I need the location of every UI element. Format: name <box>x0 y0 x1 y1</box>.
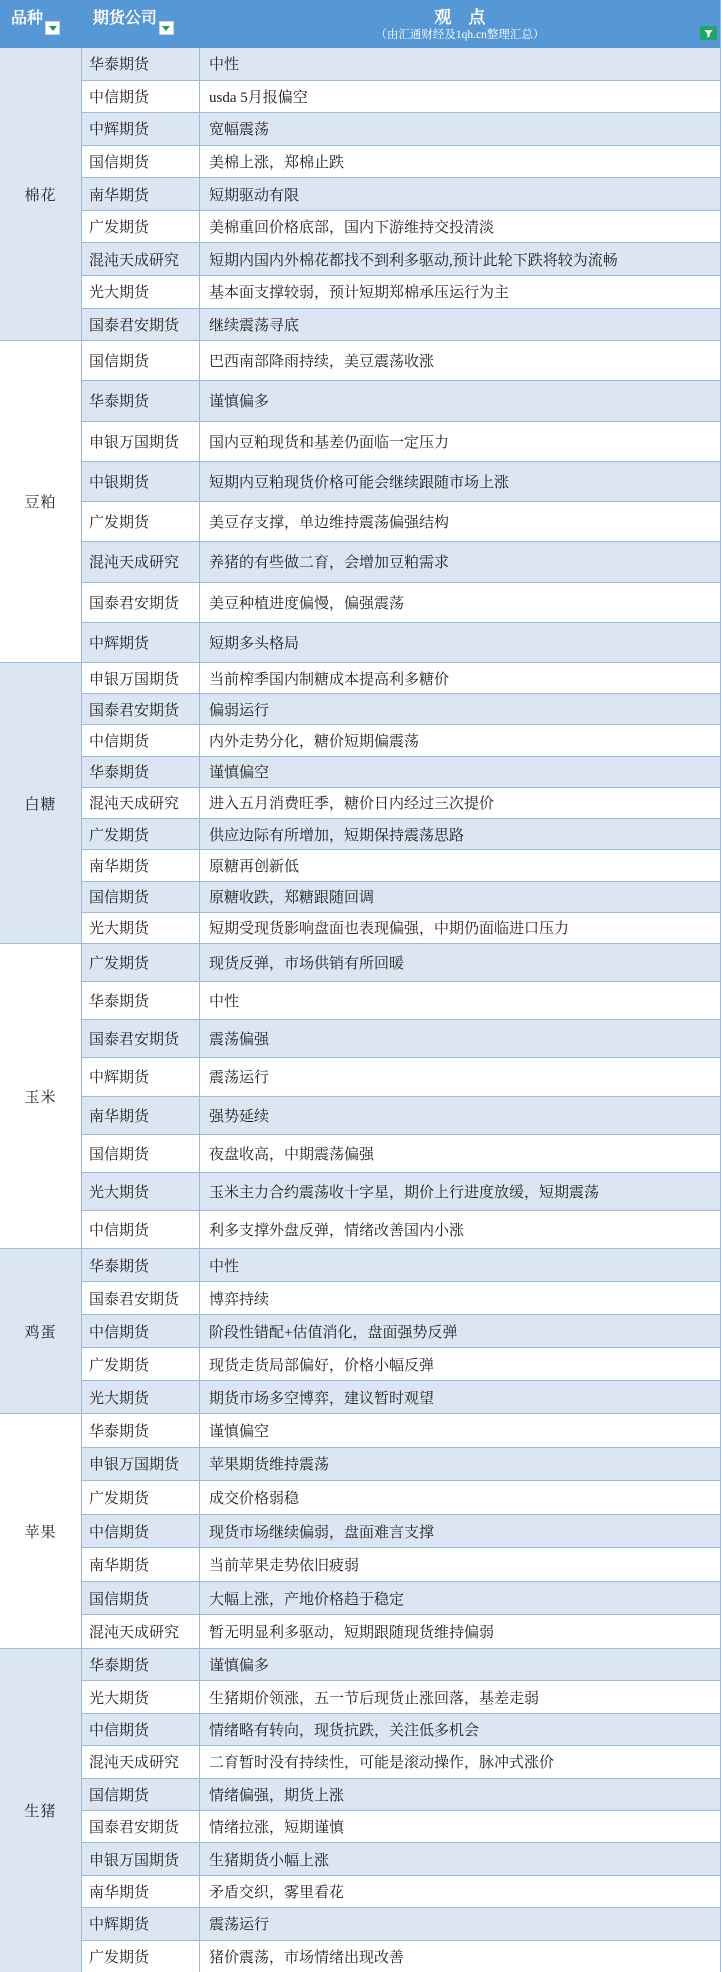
company-cell[interactable]: 混沌天成研究 <box>82 542 200 581</box>
commodity-label-cell[interactable]: 生猪 <box>0 1649 82 1972</box>
opinion-cell[interactable]: 短期多头格局 <box>200 623 720 662</box>
commodity-section: 生猪 华泰期货 谨慎偏多 光大期货 生猪期价领涨，五一节后现货止涨回落，基差走弱… <box>0 1648 720 1972</box>
table-row: 混沌天成研究 暂无明显利多驱动，短期跟随现货维持偏弱 <box>82 1614 720 1648</box>
opinion-cell[interactable]: 继续震荡寻底 <box>200 309 720 341</box>
opinion-cell[interactable]: 谨慎偏空 <box>200 757 720 787</box>
table-row: 中辉期货 震荡运行 <box>82 1907 720 1939</box>
company-filter-dropdown[interactable] <box>159 21 174 35</box>
opinion-cell[interactable]: 生猪期价领涨，五一节后现货止涨回落，基差走弱 <box>200 1681 720 1712</box>
commodity-section: 棉花 华泰期货 中性 中信期货 usda 5月报偏空 中辉期货 宽幅震荡 国信期… <box>0 48 720 340</box>
table-row: 广发期货 供应边际有所增加，短期保持震荡思路 <box>82 818 720 849</box>
company-cell[interactable]: 广发期货 <box>82 502 200 541</box>
opinion-header-subtitle: （由汇通财经及1qh.cn整理汇总） <box>375 28 544 42</box>
company-cell[interactable]: 中辉期货 <box>82 1058 200 1095</box>
table-row: 国信期货 情绪偏强，期货上涨 <box>82 1778 720 1810</box>
company-cell[interactable]: 申银万国期货 <box>82 663 200 693</box>
table-row: 申银万国期货 生猪期货小幅上涨 <box>82 1842 720 1874</box>
company-cell[interactable]: 中银期货 <box>82 462 200 501</box>
table-row: 国泰君安期货 博弈持续 <box>82 1281 720 1314</box>
opinion-cell[interactable]: 美棉上涨，郑棉止跌 <box>200 146 720 178</box>
table-row: 国信期货 美棉上涨，郑棉止跌 <box>82 145 720 178</box>
table-row: 中信期货 usda 5月报偏空 <box>82 80 720 113</box>
table-row: 国泰君安期货 情绪拉涨，短期谨慎 <box>82 1810 720 1842</box>
header-cell-opinion: 观 点 （由汇通财经及1qh.cn整理汇总） <box>200 0 720 48</box>
table-row: 南华期货 矛盾交织，雾里看花 <box>82 1875 720 1907</box>
opinion-cell[interactable]: 中性 <box>200 48 720 80</box>
company-cell[interactable]: 国泰君安期货 <box>82 694 200 724</box>
opinion-cell[interactable]: 震荡偏强 <box>200 1020 720 1057</box>
table-row: 混沌天成研究 进入五月消费旺季，糖价日内经过三次提价 <box>82 787 720 818</box>
table-row: 广发期货 美棉重回价格底部，国内下游维持交投清淡 <box>82 210 720 243</box>
company-cell[interactable]: 国信期货 <box>82 1779 200 1810</box>
table-row: 中银期货 短期内豆粕现货价格可能会继续跟随市场上涨 <box>82 461 720 501</box>
table-row: 国信期货 巴西南部降雨持续，美豆震荡收涨 <box>82 341 720 380</box>
table-row: 申银万国期货 当前榨季国内制糖成本提高利多糖价 <box>82 663 720 693</box>
company-cell[interactable]: 混沌天成研究 <box>82 1746 200 1777</box>
company-cell[interactable]: 中信期货 <box>82 725 200 755</box>
company-cell[interactable]: 广发期货 <box>82 819 200 849</box>
company-cell[interactable]: 华泰期货 <box>82 1414 200 1447</box>
opinion-cell[interactable]: 谨慎偏多 <box>200 1649 720 1680</box>
company-cell[interactable]: 中信期货 <box>82 1714 200 1745</box>
section-rows: 申银万国期货 当前榨季国内制糖成本提高利多糖价 国泰君安期货 偏弱运行 中信期货… <box>82 663 720 943</box>
table-row: 华泰期货 中性 <box>82 981 720 1019</box>
opinion-cell[interactable]: 短期内豆粕现货价格可能会继续跟随市场上涨 <box>200 462 720 501</box>
company-cell[interactable]: 国信期货 <box>82 1582 200 1615</box>
company-cell[interactable]: 广发期货 <box>82 1941 200 1972</box>
opinion-header-label: 观 点 <box>434 8 485 28</box>
table-row: 国信期货 大幅上涨，产地价格趋于稳定 <box>82 1581 720 1615</box>
company-cell[interactable]: 光大期货 <box>82 1381 200 1413</box>
table-row: 华泰期货 谨慎偏多 <box>82 1649 720 1680</box>
section-rows: 华泰期货 谨慎偏空 申银万国期货 苹果期货维持震荡 广发期货 成交价格弱稳 中信… <box>82 1414 720 1648</box>
opinion-cell[interactable]: 巴西南部降雨持续，美豆震荡收涨 <box>200 341 720 380</box>
table-row: 华泰期货 谨慎偏空 <box>82 756 720 787</box>
table-row: 国泰君安期货 偏弱运行 <box>82 693 720 724</box>
commodity-label-cell[interactable]: 棉花 <box>0 48 82 340</box>
table-row: 南华期货 原糖再创新低 <box>82 849 720 880</box>
company-cell[interactable]: 广发期货 <box>82 1348 200 1380</box>
company-cell[interactable]: 混沌天成研究 <box>82 788 200 818</box>
opinion-cell[interactable]: 偏弱运行 <box>200 694 720 724</box>
table-row: 华泰期货 谨慎偏多 <box>82 380 720 420</box>
commodity-label-cell[interactable]: 苹果 <box>0 1414 82 1648</box>
company-cell[interactable]: 中信期货 <box>82 81 200 113</box>
company-cell[interactable]: 混沌天成研究 <box>82 1615 200 1648</box>
company-cell[interactable]: 中辉期货 <box>82 1908 200 1939</box>
opinion-cell[interactable]: 暂无明显利多驱动，短期跟随现货维持偏弱 <box>200 1615 720 1648</box>
opinion-cell[interactable]: 美豆种植进度偏慢，偏强震荡 <box>200 583 720 622</box>
opinion-cell[interactable]: 中性 <box>200 982 720 1019</box>
table-row: 光大期货 生猪期价领涨，五一节后现货止涨回落，基差走弱 <box>82 1680 720 1712</box>
opinion-cell[interactable]: 内外走势分化，糖价短期偏震荡 <box>200 725 720 755</box>
opinion-cell[interactable]: 震荡运行 <box>200 1908 720 1939</box>
section-rows: 广发期货 现货反弹，市场供销有所回暖 华泰期货 中性 国泰君安期货 震荡偏强 中… <box>82 944 720 1248</box>
opinion-cell[interactable]: 美棉重回价格底部，国内下游维持交投清淡 <box>200 211 720 243</box>
opinion-cell[interactable]: 震荡运行 <box>200 1058 720 1095</box>
opinion-cell[interactable]: 谨慎偏空 <box>200 1414 720 1447</box>
company-cell[interactable]: 国信期货 <box>82 882 200 912</box>
commodity-section: 鸡蛋 华泰期货 中性 国泰君安期货 博弈持续 中信期货 阶段性错配+估值消化，盘… <box>0 1248 720 1413</box>
table-row: 中信期货 阶段性错配+估值消化，盘面强势反弹 <box>82 1314 720 1347</box>
opinion-cell[interactable]: 阶段性错配+估值消化，盘面强势反弹 <box>200 1315 720 1347</box>
table-row: 国信期货 夜盘收高，中期震荡偏强 <box>82 1134 720 1172</box>
company-cell[interactable]: 中信期货 <box>82 1315 200 1347</box>
opinion-cell[interactable]: 成交价格弱稳 <box>200 1481 720 1514</box>
header-cell-variety[interactable]: 品种 <box>0 0 82 48</box>
header-cell-company[interactable]: 期货公司 <box>82 0 200 48</box>
opinion-cell[interactable]: 中性 <box>200 1249 720 1281</box>
table-row: 国泰君安期货 美豆种植进度偏慢，偏强震荡 <box>82 582 720 622</box>
table-row: 南华期货 当前苹果走势依旧疲弱 <box>82 1547 720 1581</box>
section-rows: 华泰期货 中性 国泰君安期货 博弈持续 中信期货 阶段性错配+估值消化，盘面强势… <box>82 1249 720 1413</box>
futures-opinion-table: 品种 期货公司 观 点 （由汇通财经及1qh.cn整理汇总） 棉花 华泰期货 <box>0 0 721 1972</box>
table-row: 申银万国期货 国内豆粕现货和基差仍面临一定压力 <box>82 421 720 461</box>
opinion-cell[interactable]: 现货反弹，市场供销有所回暖 <box>200 944 720 981</box>
company-cell[interactable]: 光大期货 <box>82 1173 200 1210</box>
table-row: 广发期货 成交价格弱稳 <box>82 1480 720 1514</box>
chevron-down-icon <box>49 26 57 31</box>
table-row: 华泰期货 中性 <box>82 48 720 80</box>
company-cell[interactable]: 中信期货 <box>82 1515 200 1548</box>
company-cell[interactable]: 光大期货 <box>82 913 200 943</box>
company-cell[interactable]: 南华期货 <box>82 178 200 210</box>
table-row: 光大期货 期货市场多空博弈，建议暂时观望 <box>82 1380 720 1413</box>
commodity-label-cell[interactable]: 豆粕 <box>0 341 82 662</box>
opinion-cell[interactable]: 利多支撑外盘反弹，情绪改善国内小涨 <box>200 1211 720 1248</box>
table-row: 混沌天成研究 养猪的有些做二育，会增加豆粕需求 <box>82 541 720 581</box>
table-row: 光大期货 短期受现货影响盘面也表现偏强，中期仍面临进口压力 <box>82 912 720 943</box>
company-cell[interactable]: 广发期货 <box>82 211 200 243</box>
commodity-section: 玉米 广发期货 现货反弹，市场供销有所回暖 华泰期货 中性 国泰君安期货 震荡偏… <box>0 943 720 1248</box>
company-cell[interactable]: 南华期货 <box>82 1876 200 1907</box>
variety-header-label: 品种 <box>11 11 43 48</box>
company-cell[interactable]: 南华期货 <box>82 850 200 880</box>
company-cell[interactable]: 国信期货 <box>82 146 200 178</box>
table-row: 华泰期货 中性 <box>82 1249 720 1281</box>
opinion-cell[interactable]: 美豆存支撑，单边维持震荡偏强结构 <box>200 502 720 541</box>
commodity-section: 豆粕 国信期货 巴西南部降雨持续，美豆震荡收涨 华泰期货 谨慎偏多 申银万国期货… <box>0 340 720 662</box>
company-cell[interactable]: 华泰期货 <box>82 1649 200 1680</box>
company-cell[interactable]: 广发期货 <box>82 944 200 981</box>
table-row: 广发期货 猪价震荡，市场情绪出现改善 <box>82 1940 720 1972</box>
table-row: 光大期货 基本面支撑较弱，预计短期郑棉承压运行为主 <box>82 275 720 308</box>
opinion-cell[interactable]: 短期内国内外棉花都找不到利多驱动,预计此轮下跌将较为流畅 <box>200 243 720 275</box>
table-row: 国泰君安期货 继续震荡寻底 <box>82 308 720 341</box>
opinion-cell[interactable]: 苹果期货维持震荡 <box>200 1448 720 1481</box>
table-row: 中信期货 情绪略有转向，现货抗跌，关注低多机会 <box>82 1713 720 1745</box>
opinion-cell[interactable]: 短期受现货影响盘面也表现偏强，中期仍面临进口压力 <box>200 913 720 943</box>
company-cell[interactable]: 国泰君安期货 <box>82 1811 200 1842</box>
table-row: 申银万国期货 苹果期货维持震荡 <box>82 1447 720 1481</box>
table-row: 南华期货 强势延续 <box>82 1096 720 1134</box>
table-row: 中辉期货 震荡运行 <box>82 1057 720 1095</box>
company-cell[interactable]: 申银万国期货 <box>82 1448 200 1481</box>
variety-filter-dropdown[interactable] <box>45 21 60 35</box>
company-cell[interactable]: 中辉期货 <box>82 113 200 145</box>
opinion-cell[interactable]: 大幅上涨，产地价格趋于稳定 <box>200 1582 720 1615</box>
opinion-cell[interactable]: 原糖收跌，郑糖跟随回调 <box>200 882 720 912</box>
company-cell[interactable]: 国泰君安期货 <box>82 583 200 622</box>
company-cell[interactable]: 华泰期货 <box>82 1249 200 1281</box>
section-rows: 华泰期货 中性 中信期货 usda 5月报偏空 中辉期货 宽幅震荡 国信期货 美… <box>82 48 720 340</box>
commodity-label-cell[interactable]: 鸡蛋 <box>0 1249 82 1413</box>
section-rows: 华泰期货 谨慎偏多 光大期货 生猪期价领涨，五一节后现货止涨回落，基差走弱 中信… <box>82 1649 720 1972</box>
company-cell[interactable]: 光大期货 <box>82 276 200 308</box>
company-cell[interactable]: 申银万国期货 <box>82 1843 200 1874</box>
opinion-cell[interactable]: 夜盘收高，中期震荡偏强 <box>200 1135 720 1172</box>
table-row: 华泰期货 谨慎偏空 <box>82 1414 720 1447</box>
table-row: 中信期货 内外走势分化，糖价短期偏震荡 <box>82 724 720 755</box>
company-header-label: 期货公司 <box>93 11 157 48</box>
company-cell[interactable]: 华泰期货 <box>82 982 200 1019</box>
opinion-cell[interactable]: 强势延续 <box>200 1097 720 1134</box>
company-cell[interactable]: 光大期货 <box>82 1681 200 1712</box>
table-row: 广发期货 现货走货局部偏好，价格小幅反弹 <box>82 1347 720 1380</box>
opinion-cell[interactable]: 当前榨季国内制糖成本提高利多糖价 <box>200 663 720 693</box>
table-row: 光大期货 玉米主力合约震荡收十字星，期价上行进度放缓，短期震荡 <box>82 1172 720 1210</box>
opinion-cell[interactable]: 情绪略有转向，现货抗跌，关注低多机会 <box>200 1714 720 1745</box>
company-cell[interactable]: 国泰君安期货 <box>82 1020 200 1057</box>
opinion-cell[interactable]: 短期驱动有限 <box>200 178 720 210</box>
opinion-cell[interactable]: 二育暂时没有持续性，可能是滚动操作，脉冲式涨价 <box>200 1746 720 1777</box>
company-cell[interactable]: 南华期货 <box>82 1097 200 1134</box>
table-row: 广发期货 现货反弹，市场供销有所回暖 <box>82 944 720 981</box>
filter-funnel-icon[interactable] <box>700 26 717 40</box>
company-cell[interactable]: 国泰君安期货 <box>82 309 200 341</box>
company-cell[interactable]: 国信期货 <box>82 1135 200 1172</box>
opinion-cell[interactable]: 宽幅震荡 <box>200 113 720 145</box>
company-cell[interactable]: 华泰期货 <box>82 381 200 420</box>
commodity-label-cell[interactable]: 玉米 <box>0 944 82 1248</box>
opinion-cell[interactable]: usda 5月报偏空 <box>200 81 720 113</box>
opinion-cell[interactable]: 现货走货局部偏好，价格小幅反弹 <box>200 1348 720 1380</box>
opinion-cell[interactable]: 国内豆粕现货和基差仍面临一定压力 <box>200 422 720 461</box>
opinion-cell[interactable]: 博弈持续 <box>200 1282 720 1314</box>
company-cell[interactable]: 混沌天成研究 <box>82 243 200 275</box>
company-cell[interactable]: 中辉期货 <box>82 623 200 662</box>
table-row: 中信期货 现货市场继续偏弱，盘面难言支撑 <box>82 1514 720 1548</box>
opinion-cell[interactable]: 期货市场多空博弈，建议暂时观望 <box>200 1381 720 1413</box>
chevron-down-icon <box>162 26 170 31</box>
opinion-cell[interactable]: 猪价震荡，市场情绪出现改善 <box>200 1941 720 1972</box>
table-row: 中辉期货 宽幅震荡 <box>82 112 720 145</box>
opinion-cell[interactable]: 基本面支撑较弱，预计短期郑棉承压运行为主 <box>200 276 720 308</box>
company-cell[interactable]: 华泰期货 <box>82 48 200 80</box>
company-cell[interactable]: 南华期货 <box>82 1548 200 1581</box>
table-row: 广发期货 美豆存支撑，单边维持震荡偏强结构 <box>82 501 720 541</box>
company-cell[interactable]: 华泰期货 <box>82 757 200 787</box>
opinion-cell[interactable]: 原糖再创新低 <box>200 850 720 880</box>
table-row: 国泰君安期货 震荡偏强 <box>82 1019 720 1057</box>
table-body: 棉花 华泰期货 中性 中信期货 usda 5月报偏空 中辉期货 宽幅震荡 国信期… <box>0 48 720 1972</box>
opinion-cell[interactable]: 谨慎偏多 <box>200 381 720 420</box>
table-row: 中辉期货 短期多头格局 <box>82 622 720 662</box>
table-row: 混沌天成研究 短期内国内外棉花都找不到利多驱动,预计此轮下跌将较为流畅 <box>82 242 720 275</box>
opinion-cell[interactable]: 玉米主力合约震荡收十字星，期价上行进度放缓，短期震荡 <box>200 1173 720 1210</box>
table-row: 混沌天成研究 二育暂时没有持续性，可能是滚动操作，脉冲式涨价 <box>82 1745 720 1777</box>
company-cell[interactable]: 国泰君安期货 <box>82 1282 200 1314</box>
opinion-cell[interactable]: 当前苹果走势依旧疲弱 <box>200 1548 720 1581</box>
opinion-cell[interactable]: 生猪期货小幅上涨 <box>200 1843 720 1874</box>
opinion-cell[interactable]: 养猪的有些做二育，会增加豆粕需求 <box>200 542 720 581</box>
opinion-cell[interactable]: 情绪拉涨，短期谨慎 <box>200 1811 720 1842</box>
opinion-cell[interactable]: 情绪偏强，期货上涨 <box>200 1779 720 1810</box>
company-cell[interactable]: 中信期货 <box>82 1211 200 1248</box>
opinion-cell[interactable]: 进入五月消费旺季，糖价日内经过三次提价 <box>200 788 720 818</box>
table-header: 品种 期货公司 观 点 （由汇通财经及1qh.cn整理汇总） <box>0 0 720 48</box>
commodity-label-cell[interactable]: 白糖 <box>0 663 82 943</box>
opinion-cell[interactable]: 现货市场继续偏弱，盘面难言支撑 <box>200 1515 720 1548</box>
table-row: 中信期货 利多支撑外盘反弹，情绪改善国内小涨 <box>82 1210 720 1248</box>
commodity-section: 白糖 申银万国期货 当前榨季国内制糖成本提高利多糖价 国泰君安期货 偏弱运行 中… <box>0 662 720 943</box>
section-rows: 国信期货 巴西南部降雨持续，美豆震荡收涨 华泰期货 谨慎偏多 申银万国期货 国内… <box>82 341 720 662</box>
company-cell[interactable]: 国信期货 <box>82 341 200 380</box>
opinion-cell[interactable]: 矛盾交织，雾里看花 <box>200 1876 720 1907</box>
commodity-section: 苹果 华泰期货 谨慎偏空 申银万国期货 苹果期货维持震荡 广发期货 成交价格弱稳… <box>0 1413 720 1648</box>
table-row: 国信期货 原糖收跌，郑糖跟随回调 <box>82 881 720 912</box>
company-cell[interactable]: 申银万国期货 <box>82 422 200 461</box>
opinion-cell[interactable]: 供应边际有所增加，短期保持震荡思路 <box>200 819 720 849</box>
table-row: 南华期货 短期驱动有限 <box>82 177 720 210</box>
company-cell[interactable]: 广发期货 <box>82 1481 200 1514</box>
